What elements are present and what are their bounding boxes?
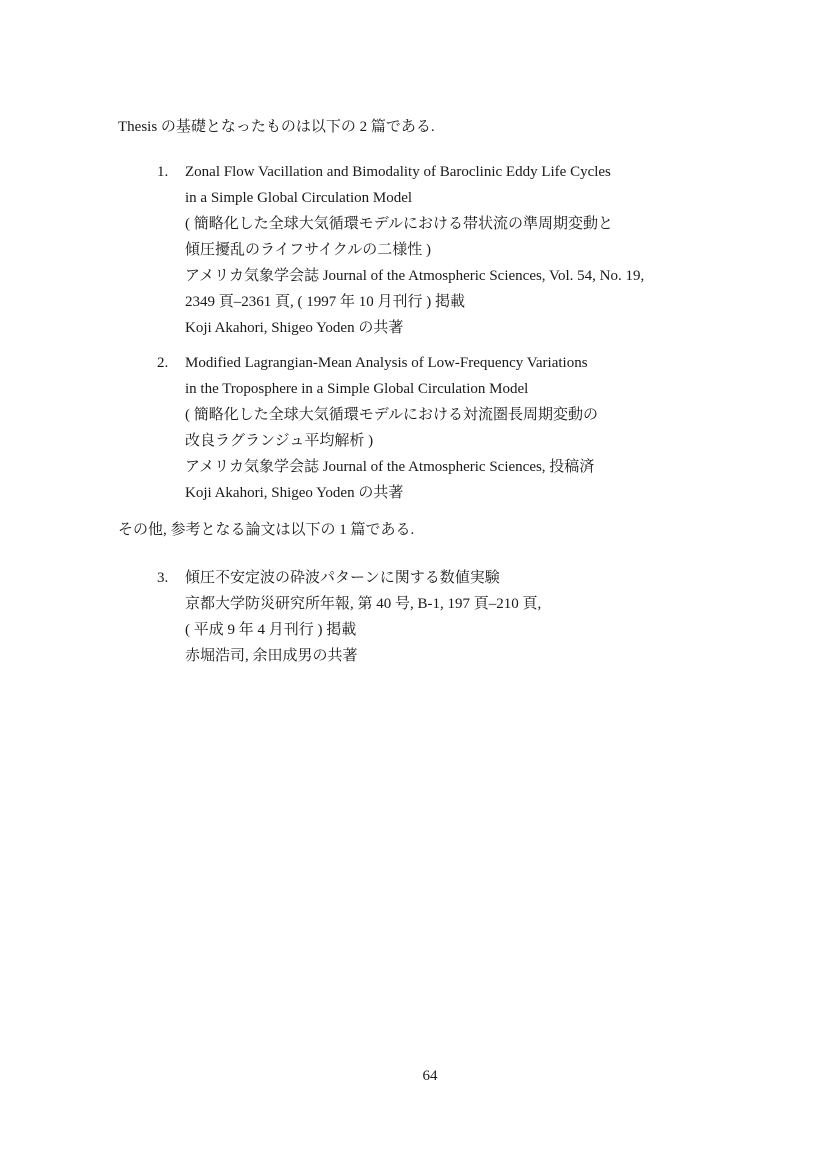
page-number: 64 [118, 1066, 742, 1086]
other-papers-intro-paragraph: その他, 参考となる論文は以下の 1 篇である. [118, 517, 766, 543]
publication-pages-line: 2349 頁–2361 頁, ( 1997 年 10 月刊行 ) 掲載 [185, 289, 644, 315]
publication-title-japanese-line: 傾圧不安定波の砕波パターンに関する数値実験 [185, 565, 541, 591]
item-number: 3. [157, 565, 185, 591]
publication-title-line: Modified Lagrangian-Mean Analysis of Low… [185, 350, 598, 376]
publication-body: Modified Lagrangian-Mean Analysis of Low… [185, 350, 598, 506]
publication-item-2: 2. Modified Lagrangian-Mean Analysis of … [118, 350, 766, 506]
publication-journal-line: 京都大学防災研究所年報, 第 40 号, B-1, 197 頁–210 頁, [185, 591, 541, 617]
publication-item-1: 1. Zonal Flow Vacillation and Bimodality… [118, 159, 766, 341]
publication-authors-line: 赤堀浩司, 余田成男の共著 [185, 643, 541, 669]
publication-title-japanese-line: ( 簡略化した全球大気循環モデルにおける対流圏長周期変動の [185, 402, 598, 428]
publication-title-line: Zonal Flow Vacillation and Bimodality of… [185, 159, 644, 185]
publication-title-japanese-line: ( 簡略化した全球大気循環モデルにおける帯状流の準周期変動と [185, 211, 644, 237]
item-number: 2. [157, 350, 185, 376]
publication-pages-line: ( 平成 9 年 4 月刊行 ) 掲載 [185, 617, 541, 643]
page-content: Thesis の基礎となったものは以下の 2 篇である. 1. Zonal Fl… [118, 114, 766, 669]
publication-body: Zonal Flow Vacillation and Bimodality of… [185, 159, 644, 341]
item-number: 1. [157, 159, 185, 185]
publication-title-line: in the Troposphere in a Simple Global Ci… [185, 376, 598, 402]
document-page: Thesis の基礎となったものは以下の 2 篇である. 1. Zonal Fl… [0, 0, 826, 1169]
publication-item-3: 3. 傾圧不安定波の砕波パターンに関する数値実験 京都大学防災研究所年報, 第 … [118, 565, 766, 669]
publication-title-line: in a Simple Global Circulation Model [185, 185, 644, 211]
publication-body: 傾圧不安定波の砕波パターンに関する数値実験 京都大学防災研究所年報, 第 40 … [185, 565, 541, 669]
thesis-intro-paragraph: Thesis の基礎となったものは以下の 2 篇である. [118, 114, 766, 140]
publication-journal-line: アメリカ気象学会誌 Journal of the Atmospheric Sci… [185, 263, 644, 289]
publication-authors-line: Koji Akahori, Shigeo Yoden の共著 [185, 480, 598, 506]
publication-journal-line: アメリカ気象学会誌 Journal of the Atmospheric Sci… [185, 454, 598, 480]
publication-title-japanese-line: 改良ラグランジュ平均解析 ) [185, 428, 598, 454]
publication-title-japanese-line: 傾圧擾乱のライフサイクルの二様性 ) [185, 237, 644, 263]
publication-authors-line: Koji Akahori, Shigeo Yoden の共著 [185, 315, 644, 341]
